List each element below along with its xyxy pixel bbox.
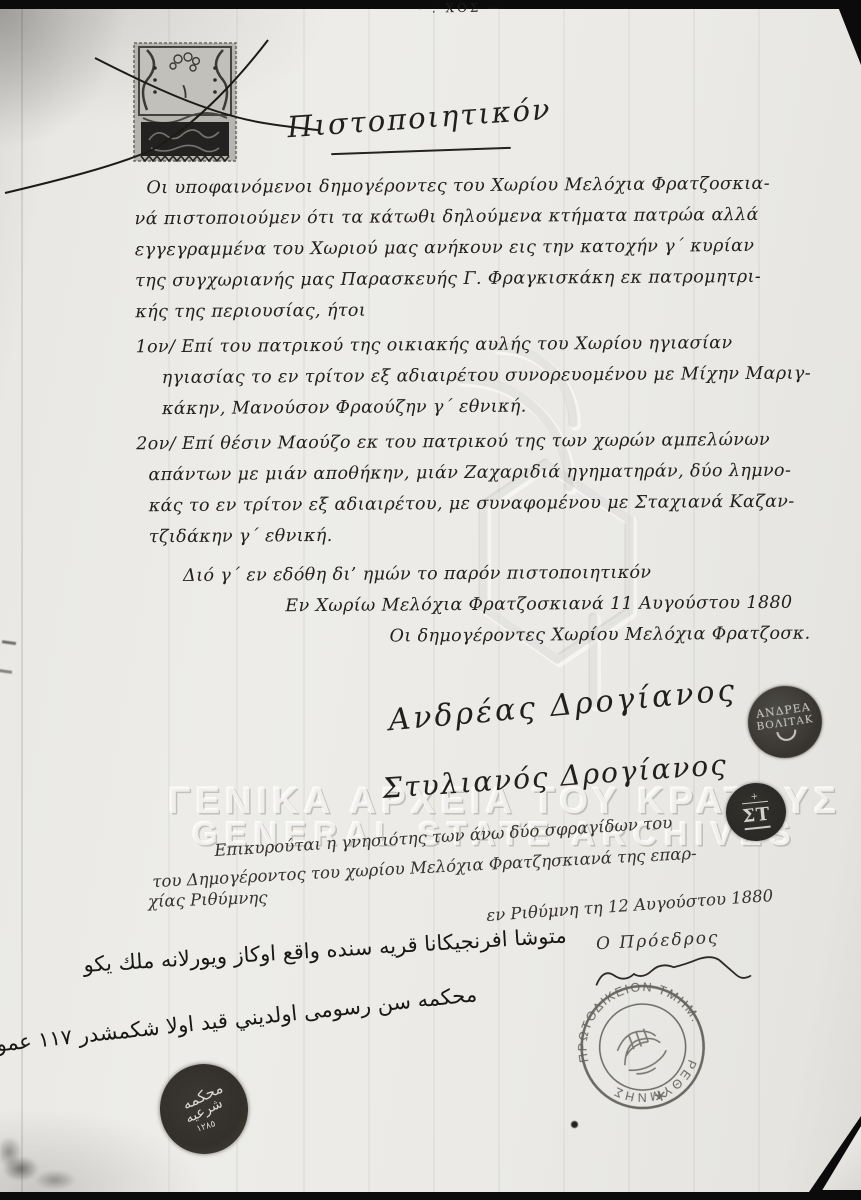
body-line: νά πιστοποιούμεν ότι τα κάτωθι δηλούμενα… [135, 200, 795, 236]
signatories-line: Οι δημογέροντες Χωρίου Μελόχια Φρατζοσκ. [137, 619, 797, 655]
paper-crease [21, 9, 23, 1192]
place-date-line: Εν Χωρίω Μελόχια Φρατζοσκιανά 11 Αυγούστ… [137, 588, 797, 624]
seal-monogram: ΣΤ [741, 803, 771, 827]
edge-smudge [0, 1138, 115, 1194]
document-body: Οι υποφαινόμενοι δημογέροντες του Χωρίου… [134, 169, 797, 655]
ink-dot [571, 1121, 578, 1128]
body-line: εγγεγραμμένα του Χωριού μας ανήκουν εις … [135, 231, 795, 267]
stamp-tughra [613, 1024, 671, 1079]
body-line: κάκην, Μανούσον Φραούζην γ΄ εθνική. [136, 390, 796, 426]
scanned-document: · : ΧΟΣ — ΓΕΝΙΚΑ ΑΡΧΕΙΑ ΤΟΥ ΚΡΑΤΟΥΣ GENE… [0, 0, 861, 1200]
cut-off-notation: · : ΧΟΣ — [418, 0, 503, 15]
scan-edge-bottom [0, 1192, 861, 1200]
cross-icon: + [750, 794, 758, 801]
body-line: κής της περιουσίας, ήτοι [135, 293, 795, 329]
stamp-denomination: ١ [180, 79, 191, 103]
body-line: της συγχωριανής μας Παρασκευής Γ. Φραγκι… [135, 262, 795, 298]
body-line: 2ον/ Επί θέσιν Μαούζο εκ του πατρικού τη… [136, 425, 796, 461]
body-line: ηγιασίας το εν τρίτον εξ αδιαιρέτου συνο… [136, 359, 796, 395]
body-line: απάντων με μιάν αποθήκην, μιάν Ζαχαριδιά… [136, 456, 796, 492]
body-line: 1ον/ Επί του πατρικού της οικιακής αυλής… [135, 328, 795, 364]
body-line: Οι υποφαινόμενοι δημογέροντες του Χωρίου… [134, 169, 794, 205]
body-line: κάς το εν τρίτον εξ αδιαιρέτου, με συναφ… [137, 487, 797, 523]
crescent-icon [776, 729, 797, 742]
closing-line: Διό γ΄ εν εδόθη δι’ ημών το παρόν πιστοπ… [137, 557, 797, 593]
body-line: τζιδάκην γ΄ εθνική. [137, 518, 797, 554]
ottoman-revenue-stamp: ١ [133, 42, 237, 162]
